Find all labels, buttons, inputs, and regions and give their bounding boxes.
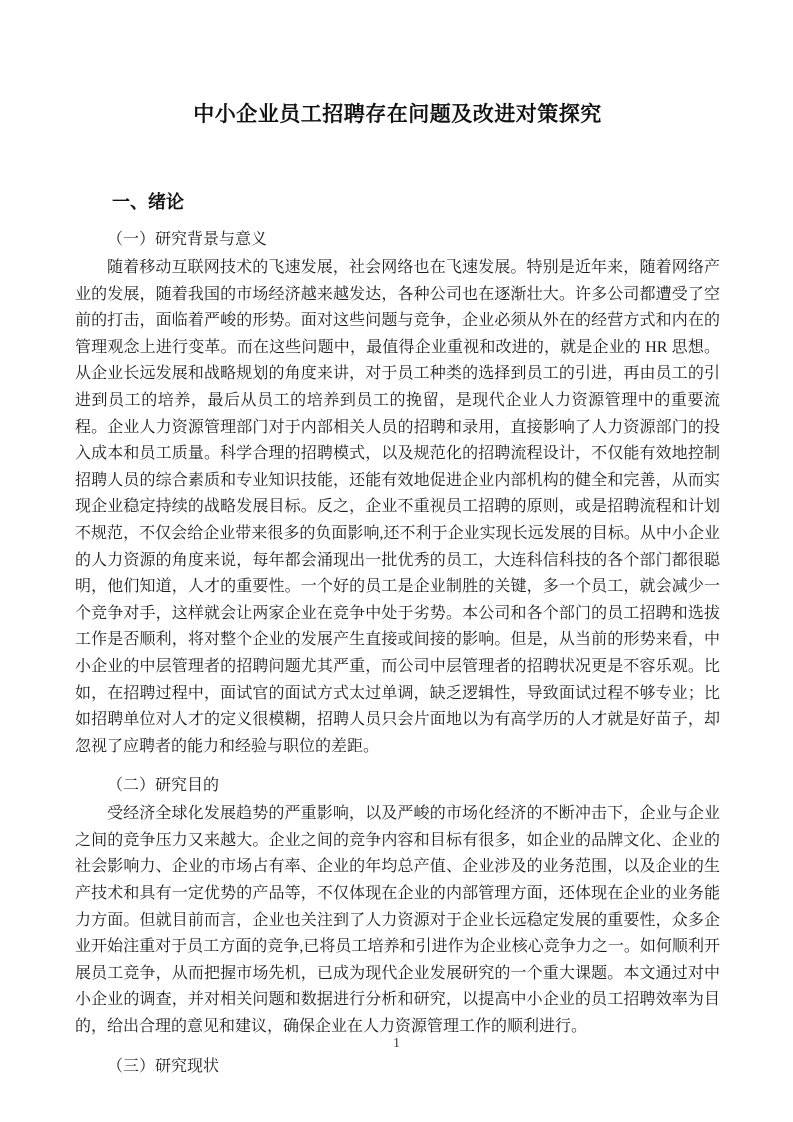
subsection-heading-research-status: （三）研究现状 — [75, 1053, 720, 1080]
document-title: 中小企业员工招聘存在问题及改进对策探究 — [75, 0, 720, 130]
document-content: 中小企业员工招聘存在问题及改进对策探究 一、绪论 （一）研究背景与意义 随着移动… — [0, 0, 793, 1080]
paragraph-background: 随着移动互联网技术的飞速发展，社会网络也在飞速发展。特别是近年来，随着网络产业的… — [75, 255, 720, 760]
subsection-heading-background: （一）研究背景与意义 — [75, 226, 720, 253]
section-heading-introduction: 一、绪论 — [75, 190, 720, 214]
paragraph-purpose: 受经济全球化发展趋势的严重影响，以及严峻的市场化经济的不断冲击下，企业与企业之间… — [75, 801, 720, 1040]
page-number: 1 — [0, 1036, 793, 1052]
document-page: 中小企业员工招聘存在问题及改进对策探究 一、绪论 （一）研究背景与意义 随着移动… — [0, 0, 793, 1122]
subsection-heading-purpose: （二）研究目的 — [75, 772, 720, 799]
